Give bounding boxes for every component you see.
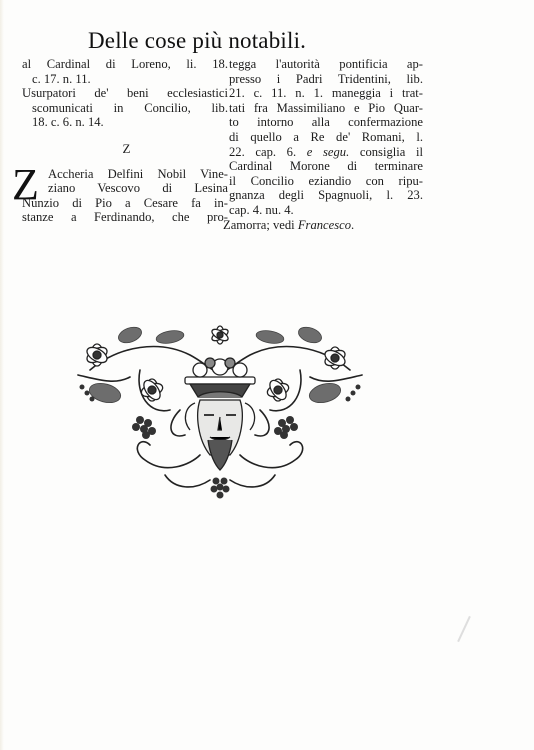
text-line: di quello a Re de' Romani, l. <box>229 130 423 145</box>
text-line: 21. c. 11. n. 1. maneggia i trat- <box>229 86 423 101</box>
text-line: scomunicati in Concilio, lib. <box>22 101 228 116</box>
text-line: Cardinal Morone di terminare <box>229 159 423 174</box>
running-head: Delle cose più notabili. <box>88 28 306 54</box>
paper-mark <box>457 616 471 642</box>
text-line: gnanza degli Spagnuoli, l. 23. <box>229 188 423 203</box>
text-line: ziano Vescovo di Lesina <box>22 181 228 196</box>
text-line: c. 17. n. 11. <box>22 72 228 87</box>
italic-segu: e segu. <box>307 145 349 159</box>
text-fragment: . <box>351 218 354 232</box>
entry-usurpatori: Usurpatori de' beni ecclesiastici <box>22 86 228 101</box>
text-line: Nunzio di Pio a Cesare fa in- <box>22 196 228 211</box>
text-line-segu: 22. cap. 6. e segu. consiglia il <box>229 145 423 160</box>
section-letter: Z <box>22 142 228 157</box>
text-line: tegga l'autorità pontificia ap- <box>229 57 423 72</box>
text-line: cap. 4. nu. 4. <box>229 203 423 218</box>
page-edge <box>0 0 4 750</box>
text-fragment: 22. cap. 6. <box>229 145 307 159</box>
woodcut-ornament-icon <box>70 315 370 515</box>
text-line: Accheria Delfini Nobil Vine- <box>22 167 228 182</box>
entry-zaccheria: Z Accheria Delfini Nobil Vine- ziano Ves… <box>22 167 228 225</box>
text-line: to intorno alla confermazione <box>229 115 423 130</box>
text-line: presso i Padri Tridentini, lib. <box>229 72 423 87</box>
italic-francesco: Francesco <box>298 218 351 232</box>
left-column: al Cardinal di Loreno, li. 18. c. 17. n.… <box>22 57 228 225</box>
text-fragment: consiglia il <box>349 145 423 159</box>
text-line: il Concilio eziandio con ripu- <box>229 174 423 189</box>
text-line: 18. c. 6. n. 14. <box>22 115 228 130</box>
text-fragment: Zamorra; vedi <box>223 218 298 232</box>
entry-zamorra: Zamorra; vedi Francesco. <box>223 218 423 233</box>
drop-cap: Z <box>12 165 39 205</box>
text-line: tati fra Massimiliano e Pio Quar- <box>229 101 423 116</box>
text-line: stanze a Ferdinando, che pro- <box>22 210 228 225</box>
right-column: tegga l'autorità pontificia ap- presso i… <box>229 57 423 232</box>
text-line: al Cardinal di Loreno, li. 18. <box>22 57 228 72</box>
